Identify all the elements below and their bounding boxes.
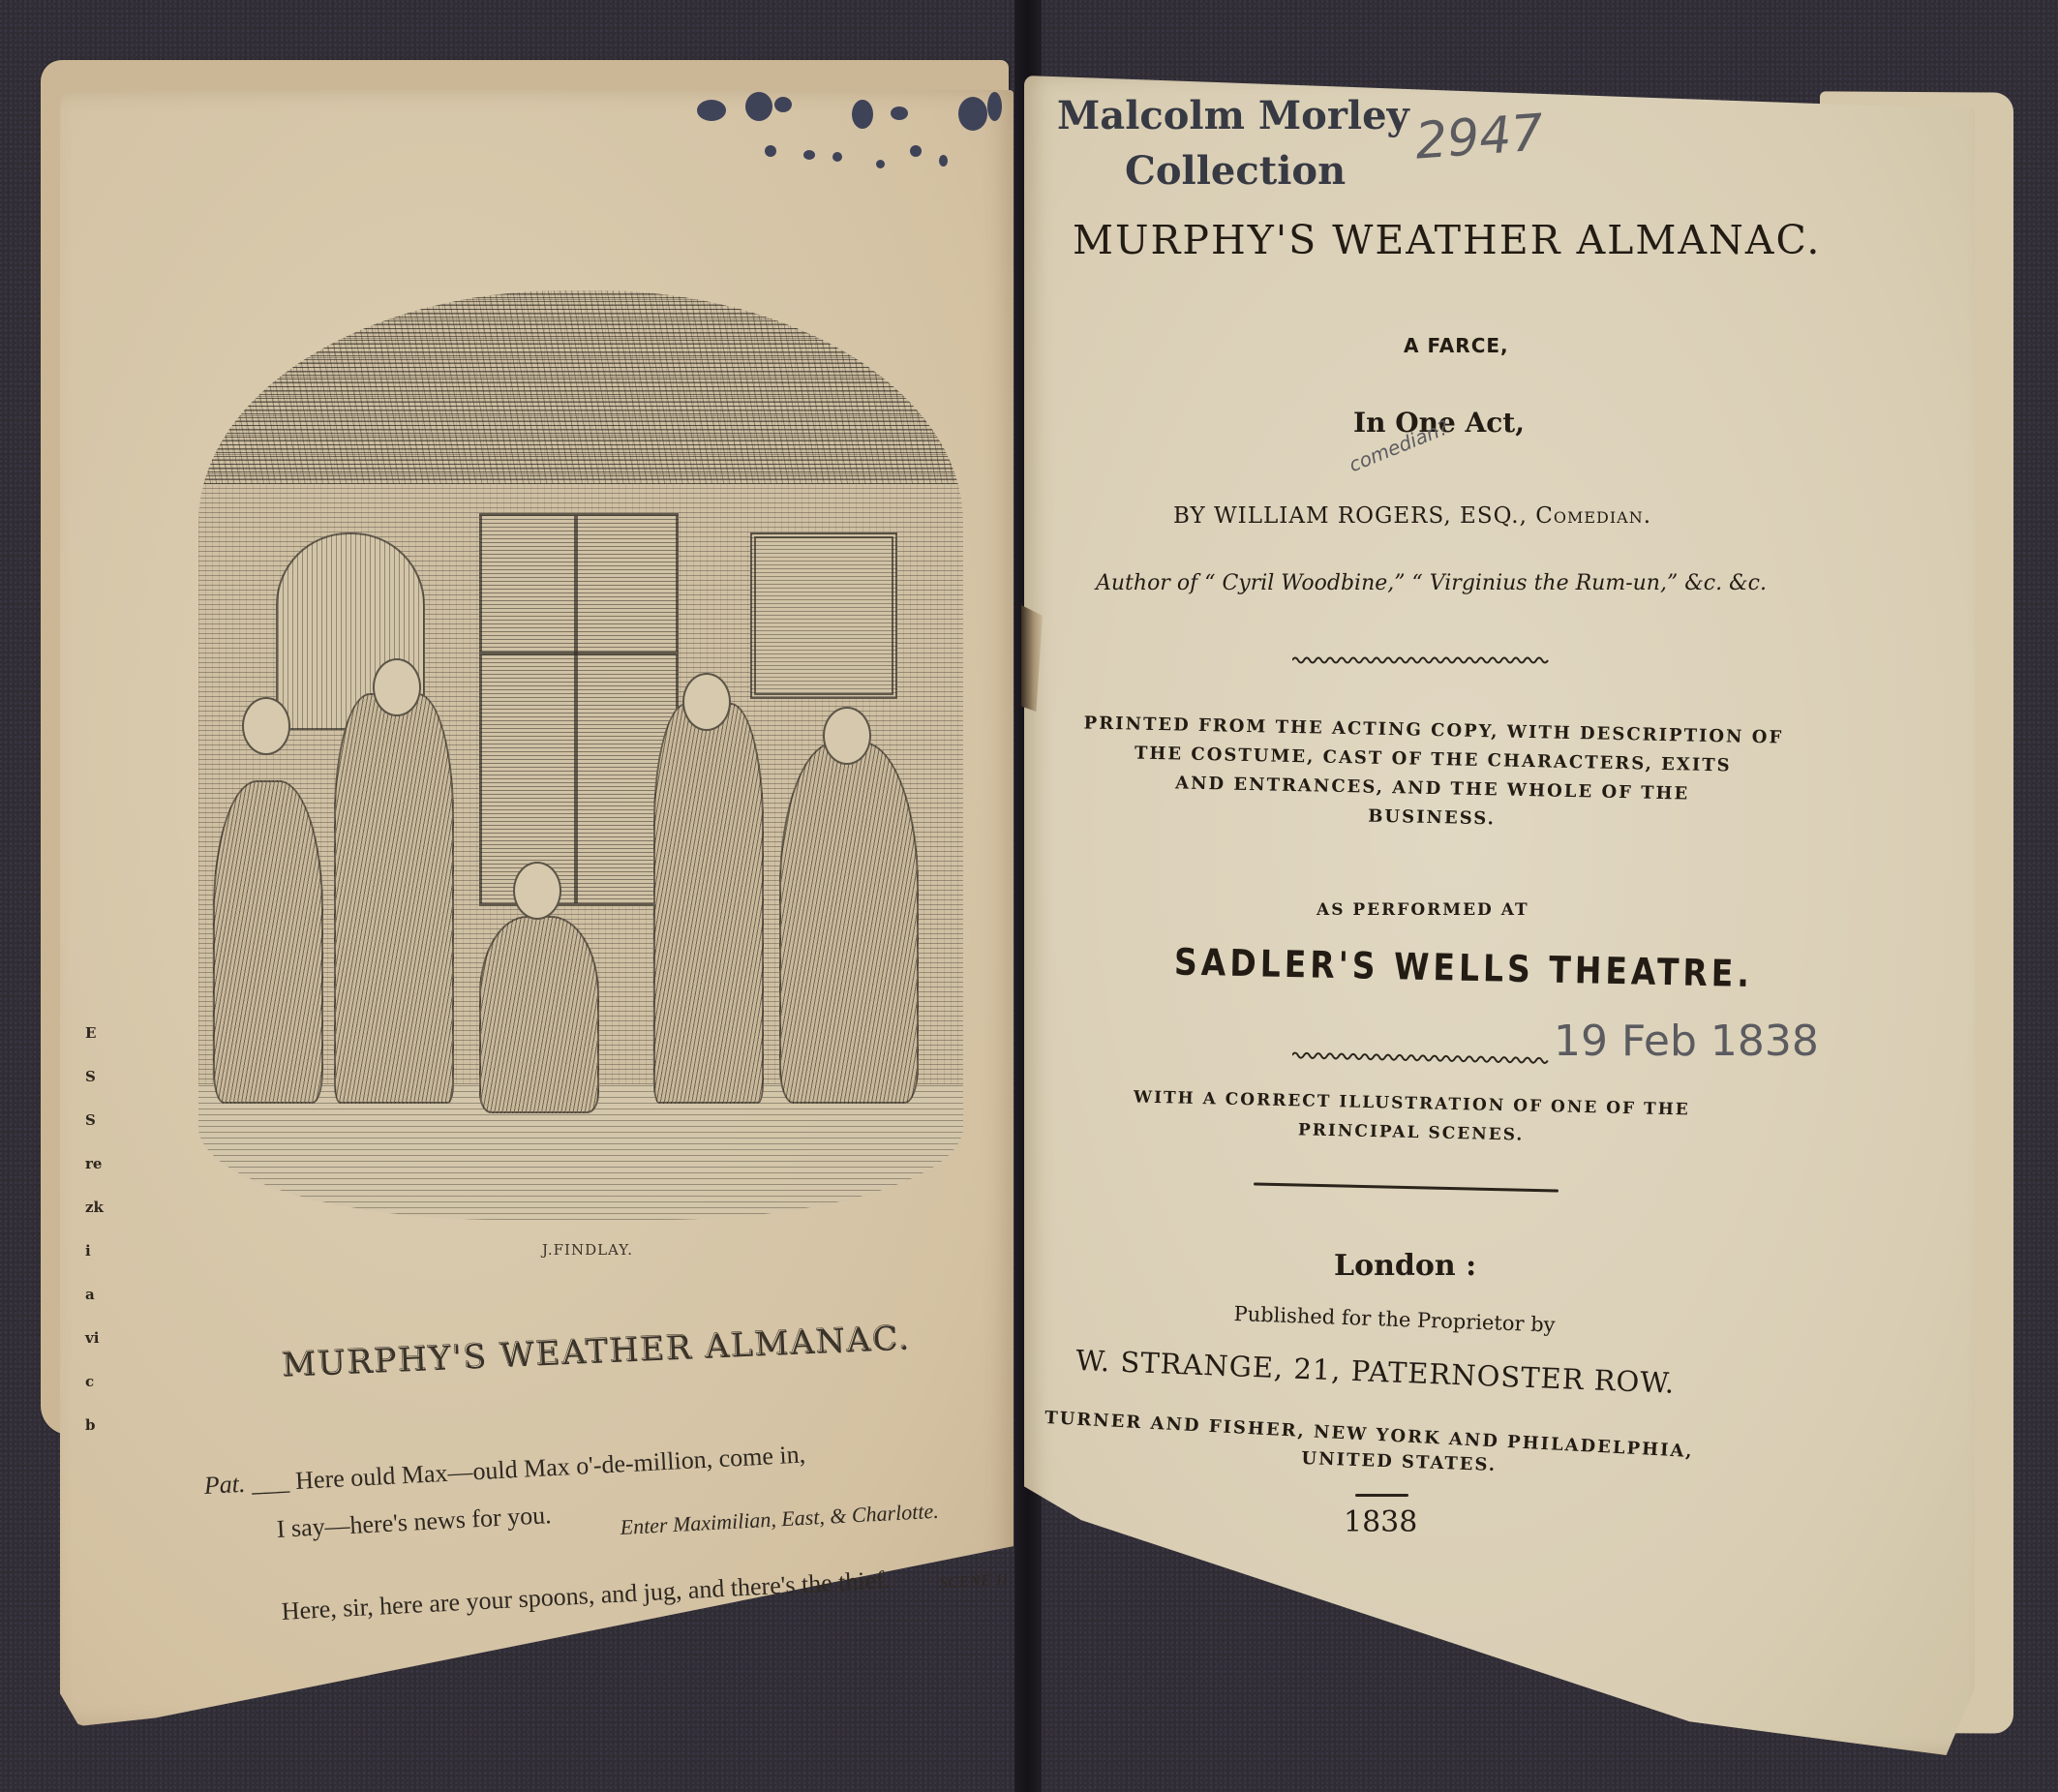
engraving-figure-man-pointing (334, 693, 454, 1104)
speaker-dash: ___ (251, 1467, 289, 1497)
engraving-picture-frame (750, 532, 897, 699)
strip-letter: b (85, 1418, 99, 1433)
title-page-title: MURPHY'S WEATHER ALMANAC. (1073, 217, 1821, 263)
engraving-head (373, 658, 421, 716)
publication-year: 1838 (1344, 1505, 1417, 1539)
strip-letter: a (85, 1288, 99, 1302)
engraving-head (513, 862, 561, 920)
engraving-head (682, 673, 731, 731)
genre-label: A FARCE, (1404, 334, 1509, 357)
engraving-ceiling (198, 290, 963, 484)
collection-stamp-line-1: Malcolm Morley (1057, 93, 1409, 138)
performed-at-label: AS PERFORMED AT (1317, 896, 1529, 925)
acting-copy-notice: PRINTED FROM THE ACTING COPY, WITH DESCR… (1074, 709, 1792, 839)
author-role: Comedian. (1535, 503, 1651, 529)
strip-letter: re (85, 1157, 99, 1171)
strip-letter: i (85, 1244, 99, 1259)
engraving-figure-kneeling (479, 916, 599, 1113)
speaker-name: Pat. (203, 1470, 246, 1500)
handwritten-date: 19 Feb 1838 (1554, 1017, 1819, 1066)
strip-letter: S (85, 1113, 99, 1128)
engraving-head (823, 707, 871, 765)
left-edge-strip-text: E S S re zk i a vi c b (85, 1026, 99, 1433)
engraving-window (479, 513, 679, 906)
handwritten-accession-number: 2947 (1413, 104, 1545, 170)
scene-reference: SCENE II. (939, 1571, 1014, 1593)
wavy-rule-1 (1292, 654, 1554, 666)
short-rule (1355, 1494, 1408, 1497)
author-previous-works: Author of “ Cyril Woodbine,” “ Virginius… (1096, 571, 1767, 595)
strip-letter: zk (85, 1200, 99, 1215)
collection-stamp-line-2: Collection (1125, 148, 1346, 194)
imprint-city: London : (1334, 1249, 1476, 1283)
engraver-caption: J.FINDLAY. (542, 1241, 633, 1259)
author-name: BY WILLIAM ROGERS, ESQ., (1173, 503, 1535, 529)
strip-letter: c (85, 1375, 99, 1389)
ink-blot-marks (678, 92, 1007, 169)
strip-letter: vi (85, 1331, 99, 1346)
wavy-rule-2 (1292, 1050, 1549, 1064)
frontispiece-engraving (198, 290, 963, 1220)
strip-letter: S (85, 1070, 99, 1084)
engraving-figure-woman-right (779, 742, 919, 1104)
author-byline: BY WILLIAM ROGERS, ESQ., Comedian. (1173, 503, 1651, 529)
engraving-figure-woman-left (213, 780, 323, 1104)
engraving-figure-man-gesturing (653, 703, 764, 1104)
engraving-head (242, 697, 290, 755)
strip-letter: E (85, 1026, 99, 1041)
